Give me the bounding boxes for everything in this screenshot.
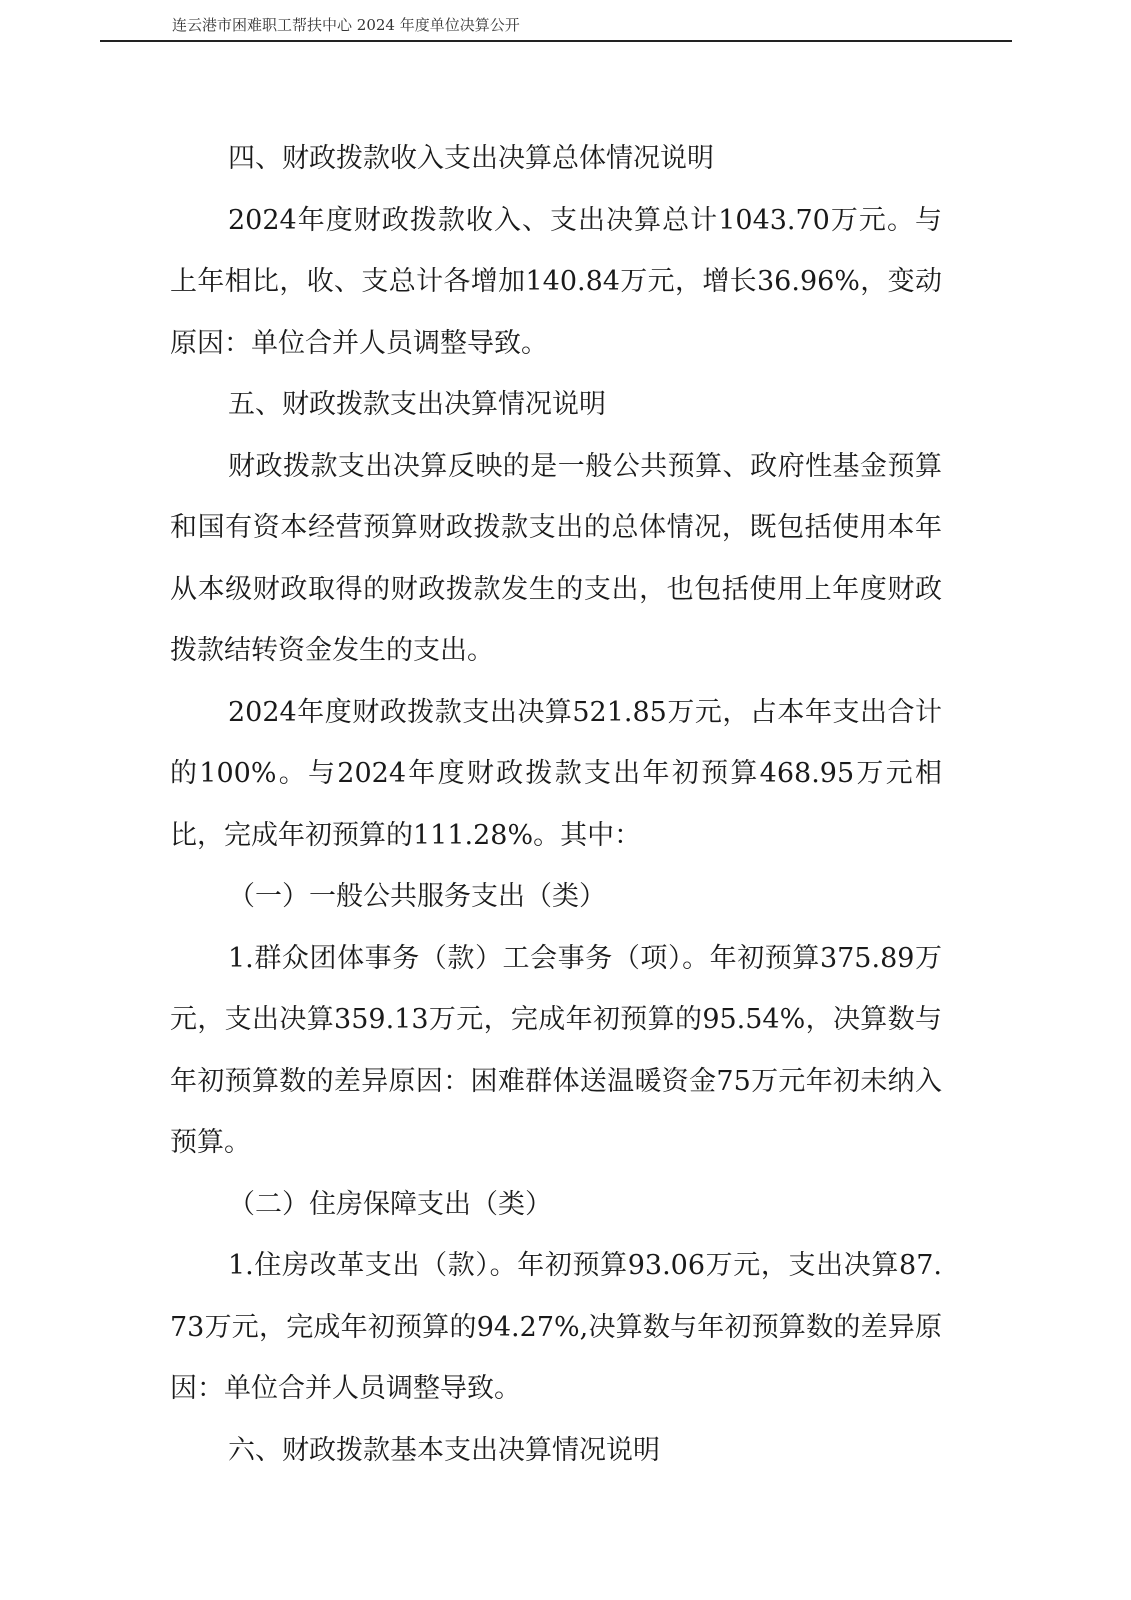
section-heading-6: 六、财政拨款基本支出决算情况说明: [170, 1420, 942, 1482]
paragraph-housing-reform: 1.住房改革支出（款）。年初预算93.06万元，支出决算87.73万元，完成年初…: [170, 1235, 942, 1420]
document-running-title: 连云港市困难职工帮扶中心 2024 年度单位决算公开: [172, 14, 520, 36]
subsection-heading-housing-security: （二）住房保障支出（类）: [170, 1174, 942, 1236]
document-body: 四、财政拨款收入支出决算总体情况说明 2024年度财政拨款收入、支出决算总计10…: [170, 128, 942, 1481]
subsection-heading-general-public-services: （一）一般公共服务支出（类）: [170, 866, 942, 928]
section-heading-4: 四、财政拨款收入支出决算总体情况说明: [170, 128, 942, 190]
paragraph-expenditure-summary: 2024年度财政拨款支出决算521.85万元，占本年支出合计的100%。与202…: [170, 682, 942, 867]
section-heading-5: 五、财政拨款支出决算情况说明: [170, 374, 942, 436]
paragraph-expenditure-definition: 财政拨款支出决算反映的是一般公共预算、政府性基金预算和国有资本经营预算财政拨款支…: [170, 436, 942, 682]
page-header: 连云港市困难职工帮扶中心 2024 年度单位决算公开: [100, 14, 1012, 42]
paragraph-union-affairs: 1.群众团体事务（款）工会事务（项）。年初预算375.89万元，支出决算359.…: [170, 928, 942, 1174]
paragraph-total-revenue-expenditure: 2024年度财政拨款收入、支出决算总计1043.70万元。与上年相比，收、支总计…: [170, 190, 942, 375]
